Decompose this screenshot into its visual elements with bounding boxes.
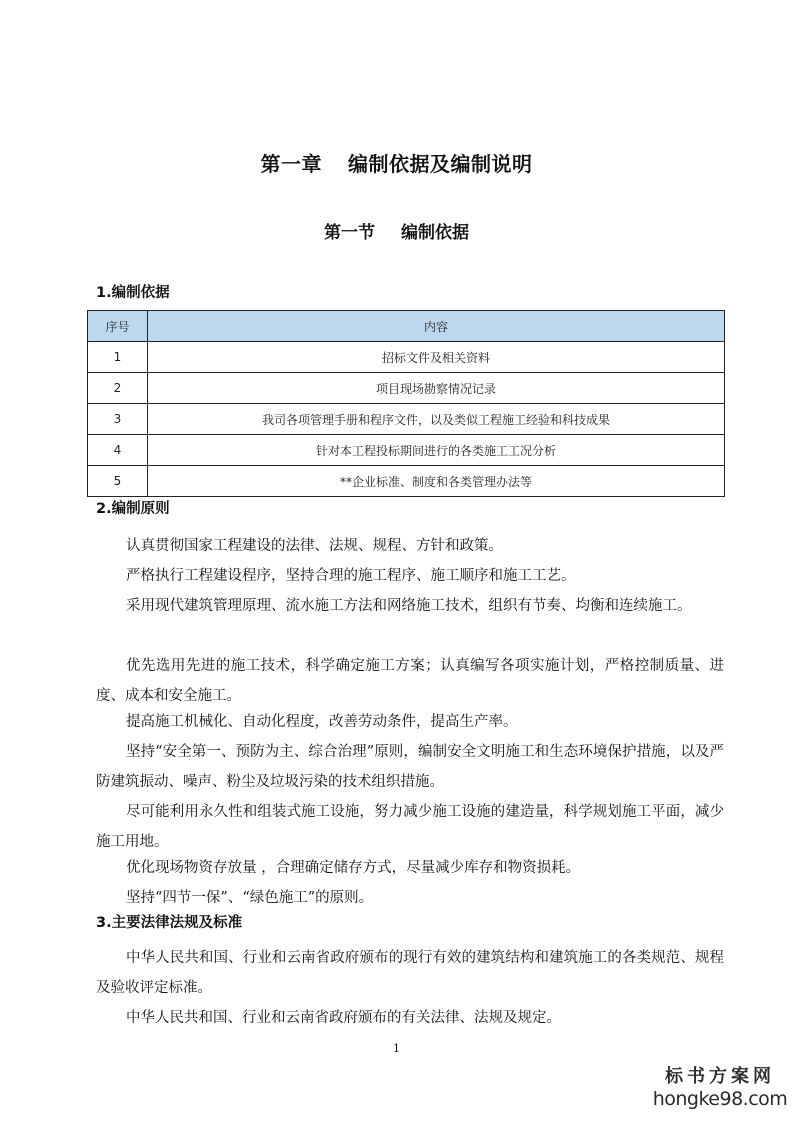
section-name: 编制依据 [401, 223, 469, 243]
law-paragraph: 中华人民共和国、行业和云南省政府颁布的有关法律、法规及规定。 [96, 1003, 724, 1033]
heading-laws: 3.主要法律法规及标准 [96, 911, 242, 932]
principle-paragraph: 尽可能利用永久性和组装式施工设施，努力减少施工设施的建造量，科学规划施工平面，减… [96, 797, 724, 857]
principle-paragraph: 采用现代建筑管理原理、流水施工方法和网络施工技术，组织有节奏、均衡和连续施工。 [96, 591, 724, 621]
principle-paragraph: 优先选用先进的施工技术，科学确定施工方案；认真编写各项实施计划，严格控制质量、进… [96, 651, 724, 711]
watermark-name: 标书方案网 [645, 1066, 793, 1088]
heading-basis: 1.编制依据 [96, 281, 170, 302]
watermark-url: hongke98.com [645, 1088, 793, 1110]
law-paragraph: 中华人民共和国、行业和云南省政府颁布的现行有效的建筑结构和建筑施工的各类规范、规… [96, 943, 724, 1003]
table-row: 3 我司各项管理手册和程序文件，以及类似工程施工经验和科技成果 [88, 404, 725, 435]
header-content: 内容 [148, 311, 725, 342]
table-row: 5 **企业标准、制度和各类管理办法等 [88, 466, 725, 497]
table-row: 4 针对本工程投标期间进行的各类施工工况分析 [88, 435, 725, 466]
cell-content: **企业标准、制度和各类管理办法等 [148, 466, 725, 497]
chapter-number: 第一章 [261, 152, 323, 176]
cell-content: 我司各项管理手册和程序文件，以及类似工程施工经验和科技成果 [148, 404, 725, 435]
header-no: 序号 [88, 311, 148, 342]
cell-no: 3 [88, 404, 148, 435]
principle-paragraph: 提高施工机械化、自动化程度，改善劳动条件，提高生产率。 [96, 707, 724, 737]
page-number: 1 [0, 1042, 793, 1055]
cell-content: 招标文件及相关资料 [148, 342, 725, 373]
principle-paragraph: 认真贯彻国家工程建设的法律、法规、规程、方针和政策。 [96, 531, 724, 561]
basis-table: 序号 内容 1 招标文件及相关资料 2 项目现场勘察情况记录 3 我司各项管理手… [87, 310, 725, 497]
principle-paragraph: 严格执行工程建设程序，坚持合理的施工程序、施工顺序和施工工艺。 [96, 561, 724, 591]
section-title: 第一节编制依据 [0, 218, 793, 243]
table-row: 2 项目现场勘察情况记录 [88, 373, 725, 404]
table-header-row: 序号 内容 [88, 311, 725, 342]
cell-no: 1 [88, 342, 148, 373]
cell-no: 2 [88, 373, 148, 404]
heading-principles: 2.编制原则 [96, 497, 170, 518]
chapter-name: 编制依据及编制说明 [348, 152, 533, 176]
chapter-title: 第一章编制依据及编制说明 [0, 148, 793, 177]
principle-paragraph: 坚持“安全第一、预防为主、综合治理”原则，编制安全文明施工和生态环境保护措施，以… [96, 737, 724, 797]
cell-content: 针对本工程投标期间进行的各类施工工况分析 [148, 435, 725, 466]
principle-paragraph: 优化现场物资存放量 ，合理确定储存方式，尽量减少库存和物资损耗。 [96, 853, 724, 883]
principle-paragraph: 坚持“四节一保”、“绿色施工”的原则。 [96, 883, 724, 913]
document-page: 第一章编制依据及编制说明 第一节编制依据 1.编制依据 序号 内容 1 招标文件… [0, 0, 793, 1122]
table-row: 1 招标文件及相关资料 [88, 342, 725, 373]
cell-content: 项目现场勘察情况记录 [148, 373, 725, 404]
cell-no: 4 [88, 435, 148, 466]
section-number: 第一节 [324, 223, 375, 243]
cell-no: 5 [88, 466, 148, 497]
watermark: 标书方案网 hongke98.com [645, 1066, 793, 1110]
